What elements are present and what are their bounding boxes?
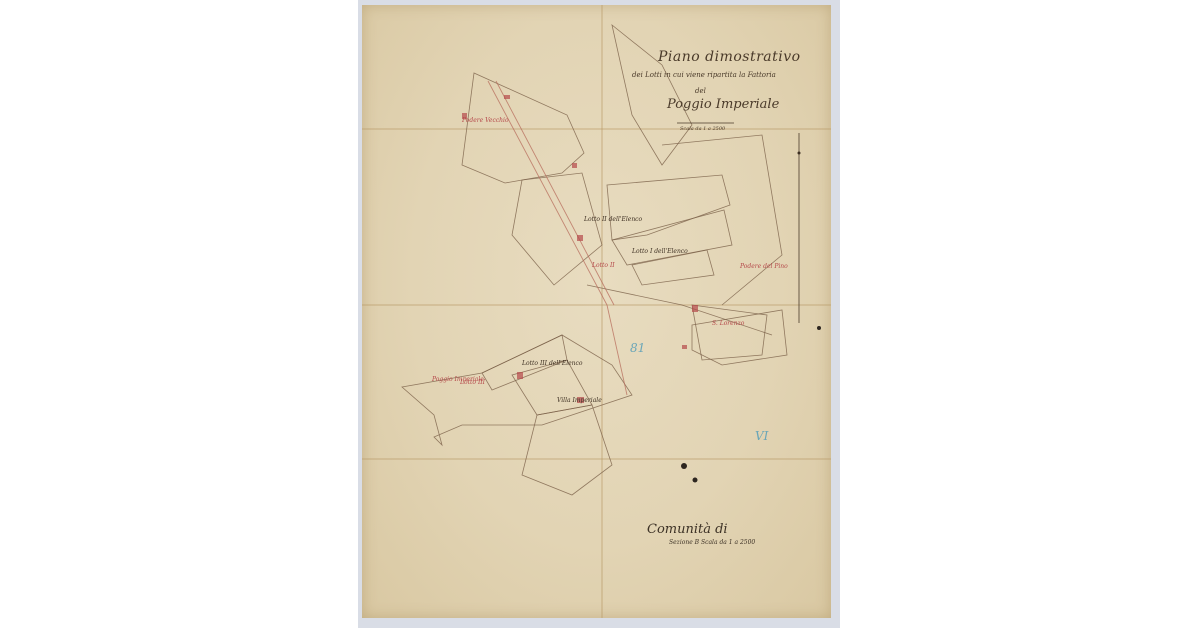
place-label: Podere del Pino: [740, 263, 788, 270]
map-of-label: del: [695, 87, 706, 95]
lot-label: Lotto II: [592, 262, 615, 269]
blue-annotation: 81: [630, 341, 645, 355]
lot-label: Lotto I dell'Elenco: [632, 248, 688, 255]
signature-community: Comunità di: [647, 522, 728, 537]
blue-annotation: VI: [755, 429, 768, 443]
map-scale-note: Scala da 1 a 2500: [680, 126, 725, 132]
map-place: Poggio Imperiale: [667, 97, 779, 112]
lot-label: Lotto III dell'Elenco: [522, 360, 583, 367]
signature-section: Sezione B Scala da 1 a 2500: [669, 539, 755, 546]
lot-label: Lotto II dell'Elenco: [584, 216, 642, 223]
place-label: S. Lorenzo: [712, 320, 744, 327]
map-sheet: Piano dimostrativo dei Lotti in cui vien…: [362, 5, 831, 618]
place-label: Villa Imperiale: [557, 397, 602, 404]
map-subtitle: dei Lotti in cui viene ripartita la Fatt…: [632, 71, 776, 79]
place-label: Podere Vecchio: [462, 117, 509, 124]
map-title: Piano dimostrativo: [658, 49, 801, 65]
place-label: Poggio Imperiale: [432, 376, 484, 383]
